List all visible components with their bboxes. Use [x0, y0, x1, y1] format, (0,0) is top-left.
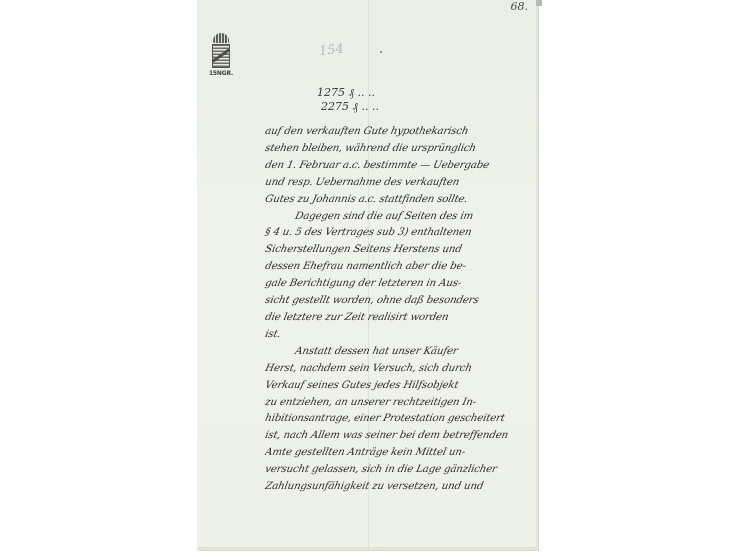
- stamp-value: 15NGR.: [209, 70, 233, 77]
- handwritten-body: auf den verkauften Gute hypothekarisch s…: [265, 124, 527, 496]
- text-line: den 1. Februar a.c. bestimmte — Uebergab…: [263, 158, 529, 175]
- text-line: dessen Ehefrau namentlich aber die be-: [263, 259, 529, 276]
- text-line: Sicherstellungen Seitens Herstens und: [263, 242, 529, 259]
- text-line: Zahlungsunfähigkeit zu versetzen, und un…: [263, 479, 529, 496]
- text-line: zu entziehen, an unserer rechtzeitigen I…: [263, 395, 529, 412]
- text-line: sicht gestellt worden, ohne daß besonder…: [263, 293, 529, 310]
- text-line: gale Berichtigung der letzteren in Aus-: [263, 276, 529, 293]
- crown-icon: [213, 33, 229, 43]
- text-line: Anstatt dessen hat unser Käufer: [263, 344, 529, 361]
- text-line: stehen bleiben, während die ursprünglich: [263, 141, 529, 158]
- text-line: auf den verkauften Gute hypothekarisch: [263, 124, 529, 141]
- text-line: ist.: [263, 327, 529, 344]
- text-line: Amte gestellten Anträge kein Mittel un-: [263, 445, 529, 462]
- tax-stamp: 15NGR.: [210, 33, 232, 81]
- amount-line: 2275 ₰ .. ..: [321, 100, 379, 114]
- page-number: 68.: [511, 0, 529, 13]
- text-line: versucht gelassen, sich in die Lage gänz…: [263, 462, 529, 479]
- amounts-block: 1275 ₰ .. .. 2275 ₰ .. ..: [317, 86, 379, 114]
- text-line: Herst, nachdem sein Versuch, sich durch: [263, 361, 529, 378]
- text-line: hibitionsantrage, einer Protestation ges…: [263, 411, 529, 428]
- amount-line: 1275 ₰ .. ..: [317, 86, 379, 100]
- coat-of-arms-icon: [212, 44, 230, 68]
- text-line: und resp. Uebernahme des verkauften: [263, 175, 529, 192]
- manuscript-page: 68. 15NGR. 154 1275 ₰ .. .. 2275 ₰ .. ..…: [197, 0, 538, 550]
- ink-dot: [380, 51, 382, 53]
- text-line: Verkauf seines Gutes jedes Hilfsobjekt: [263, 378, 529, 395]
- text-line: Dagegen sind die auf Seiten des im: [263, 209, 529, 226]
- text-line: Gutes zu Johannis a.c. stattfinden sollt…: [263, 192, 529, 209]
- text-line: ist, nach Allem was seiner bei dem betre…: [263, 428, 529, 445]
- scan-corner-artifact: [536, 0, 542, 6]
- text-line: § 4 u. 5 des Vertrages sub 3) enthaltene…: [263, 225, 529, 242]
- pencil-folio-mark: 154: [318, 42, 344, 60]
- text-line: die letztere zur Zeit realisirt worden: [263, 310, 529, 327]
